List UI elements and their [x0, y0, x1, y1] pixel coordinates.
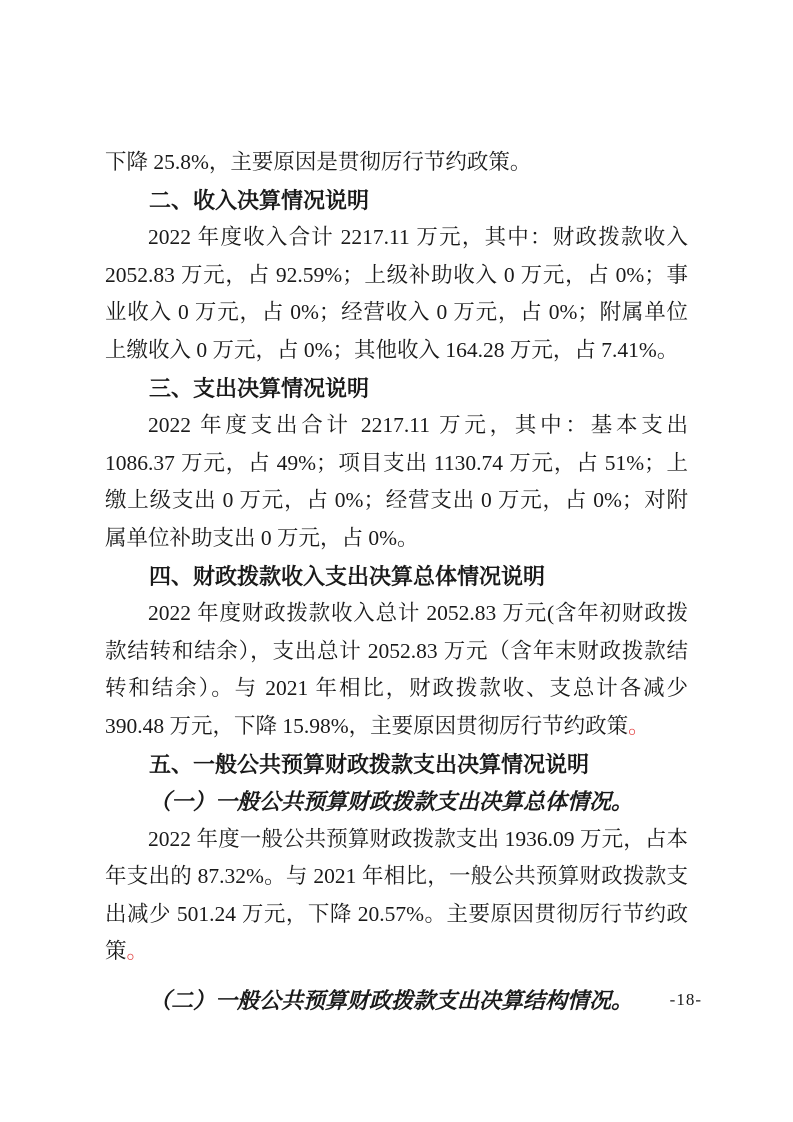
section-heading-general-budget: 五、一般公共预算财政拨款支出决算情况说明 [105, 746, 688, 784]
paragraph-continuation: 下降 25.8%，主要原因是贯彻厉行节约政策。 [105, 144, 688, 182]
paragraph-general-budget-details: 2022 年度一般公共预算财政拨款支出 1936.09 万元，占本年支出的 87… [105, 821, 688, 971]
paragraph-text: 2022 年度财政拨款收入总计 2052.83 万元(含年初财政拨款结转和结余）… [105, 601, 688, 738]
paragraph-text: 2022 年度一般公共预算财政拨款支出 1936.09 万元，占本年支出的 87… [105, 827, 688, 964]
paragraph-expenditure-details: 2022 年度支出合计 2217.11 万元，其中：基本支出 1086.37 万… [105, 407, 688, 557]
paragraph-fiscal-appropriation-details: 2022 年度财政拨款收入总计 2052.83 万元(含年初财政拨款结转和结余）… [105, 595, 688, 745]
page-number: -18- [670, 990, 702, 1010]
section-heading-expenditure: 三、支出决算情况说明 [105, 370, 688, 408]
red-period-mark: 。 [127, 939, 149, 963]
subheading-general-budget-overall: （一）一般公共预算财政拨款支出决算总体情况。 [105, 783, 688, 821]
subheading-general-budget-structure: （二）一般公共预算财政拨款支出决算结构情况。 [105, 982, 688, 1020]
paragraph-income-details: 2022 年度收入合计 2217.11 万元，其中：财政拨款收入 2052.83… [105, 219, 688, 369]
red-period-mark: 。 [628, 714, 650, 738]
document-page: 下降 25.8%，主要原因是贯彻厉行节约政策。 二、收入决算情况说明 2022 … [0, 0, 793, 1122]
section-heading-income: 二、收入决算情况说明 [105, 182, 688, 220]
document-body: 下降 25.8%，主要原因是贯彻厉行节约政策。 二、收入决算情况说明 2022 … [105, 144, 688, 1020]
section-heading-fiscal-appropriation: 四、财政拨款收入支出决算总体情况说明 [105, 558, 688, 596]
